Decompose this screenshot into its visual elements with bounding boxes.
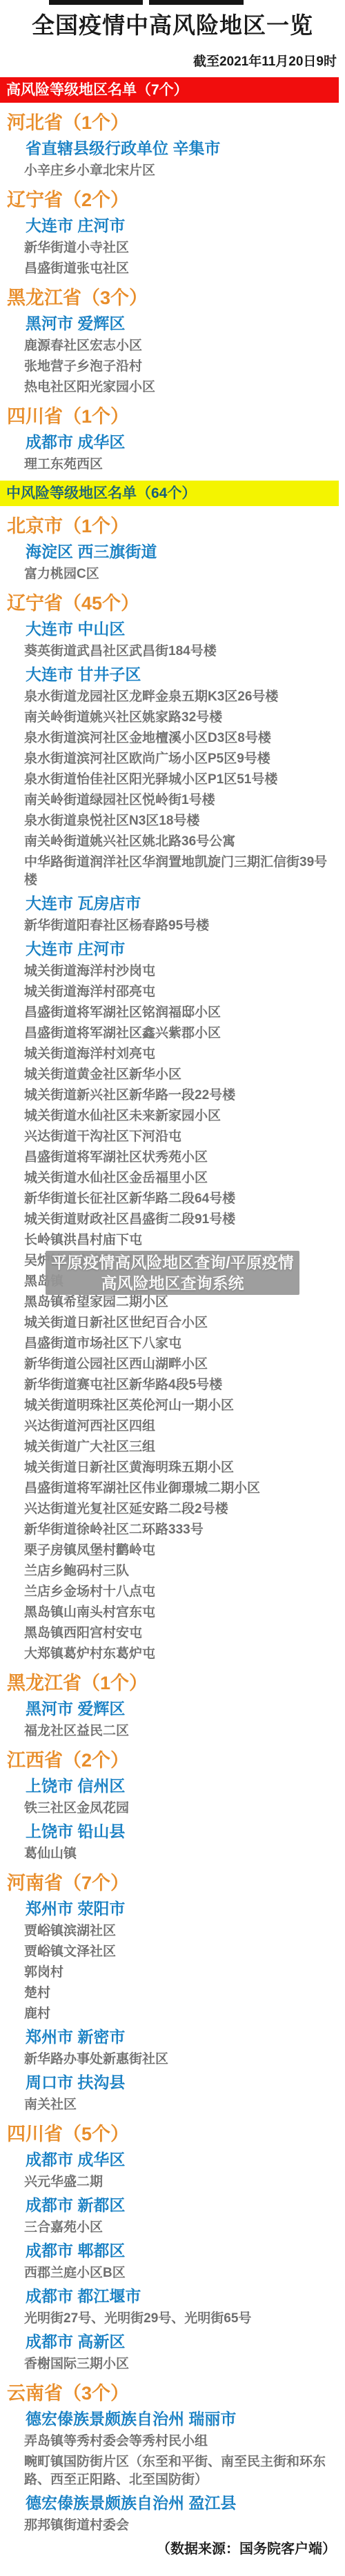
area-list-item: 黑岛镇山南头村宫东屯 [0, 1604, 345, 1622]
city-header: 成都市 新都区 [0, 2195, 345, 2216]
medium-risk-banner: 中风险等级地区名单（64个） [0, 481, 339, 506]
city-header: 周口市 扶沟县 [0, 2072, 345, 2093]
area-list-item: 那邦镇街道村委会 [0, 2517, 345, 2535]
city-header: 大连市 庄河市 [0, 938, 345, 960]
city-header: 德宏傣族景颇族自治州 盈江县 [0, 2493, 345, 2514]
city-header: 郑州市 新密市 [0, 2026, 345, 2048]
city-header: 上饶市 信州区 [0, 1775, 345, 1797]
area-list-item: 城关街道明珠社区英伦河山一期小区 [0, 1397, 345, 1415]
area-list-item: 西郡兰庭小区B区 [0, 2264, 345, 2282]
city-header: 成都市 成华区 [0, 2149, 345, 2171]
area-list-item: 贾峪镇滨湖社区 [0, 1922, 345, 1940]
area-list-item: 栗子房镇凤堡村鹳岭屯 [0, 1542, 345, 1560]
area-list-item: 兰店乡鲍码村三队 [0, 1562, 345, 1580]
area-list-item: 兴达街道光复社区延安路二段2号楼 [0, 1500, 345, 1518]
area-list-item: 城关街道财政社区昌盛街二段91号楼 [0, 1211, 345, 1229]
province-header: 北京市（1个） [0, 515, 345, 538]
area-list-item: 城关街道广大社区三组 [0, 1438, 345, 1456]
province-header: 四川省（1个） [0, 405, 345, 428]
area-list-item: 光明街27号、光明街29号、光明街65号 [0, 2310, 345, 2328]
area-list-item: 楚村 [0, 1984, 345, 2002]
city-header: 大连市 中山区 [0, 618, 345, 640]
area-list-item: 中华路街道润洋社区华润置地凯旋门三期汇信街39号楼 [0, 854, 345, 889]
city-header: 黑河市 爱辉区 [0, 1698, 345, 1720]
area-list-item: 兴达街道干沟社区下河沿屯 [0, 1128, 345, 1146]
city-header: 大连市 庄河市 [0, 215, 345, 237]
area-list-item: 昌盛街道将军湖社区状秀苑小区 [0, 1149, 345, 1167]
city-header: 成都市 成华区 [0, 432, 345, 453]
area-list-item: 新华路办事处新惠街社区 [0, 2051, 345, 2069]
top-crop-artifact-segment [49, 0, 143, 5]
area-list-item: 泉水街道滨河社区金地檀溪小区D3区8号楼 [0, 729, 345, 747]
area-list-item: 贾峪镇文泽社区 [0, 1943, 345, 1961]
watermark-overlay: 平原疫情高风险地区查询/平原疫情 高风险地区查询系统 [46, 1251, 299, 1295]
city-header: 成都市 都江堰市 [0, 2286, 345, 2307]
area-list-item: 新华街道阳春社区杨春路95号楼 [0, 917, 345, 935]
province-header: 辽宁省（2个） [0, 189, 345, 212]
watermark-text-line2: 高风险地区查询系统 [46, 1273, 299, 1294]
province-header: 四川省（5个） [0, 2123, 345, 2146]
province-header: 河北省（1个） [0, 112, 345, 134]
province-header: 黑龙江省（3个） [0, 287, 345, 310]
area-list-item: 大郑镇葛炉村东葛炉屯 [0, 1645, 345, 1663]
area-list-item: 城关街道新兴社区新华路一段22号楼 [0, 1087, 345, 1105]
area-list-item: 南关社区 [0, 2096, 345, 2114]
city-header: 大连市 甘井子区 [0, 664, 345, 685]
area-list-item: 黑岛镇西阳宫村安屯 [0, 1624, 345, 1642]
area-list-item: 城关街道日新社区黄海明珠五期小区 [0, 1459, 345, 1477]
province-header: 辽宁省（45个） [0, 592, 345, 615]
area-list-item: 长岭镇洪昌村庙下屯 [0, 1231, 345, 1249]
area-list-item: 昌盛街道市场社区下八家屯 [0, 1335, 345, 1353]
area-list-item: 昌盛街道将军湖社区鑫兴紫郡小区 [0, 1025, 345, 1043]
province-header: 云南省（3个） [0, 2382, 345, 2405]
area-list-item: 昌盛街道将军湖社区铭润福邸小区 [0, 1004, 345, 1022]
area-list-item: 新华街道徐岭社区二环路333号 [0, 1521, 345, 1539]
area-list-item: 城关街道海洋村沙岗屯 [0, 963, 345, 980]
city-header: 上饶市 铅山县 [0, 1821, 345, 1842]
area-list-item: 热电社区阳光家园小区 [0, 379, 345, 396]
area-list-item: 兰店乡金场村十八点屯 [0, 1583, 345, 1601]
city-header: 大连市 瓦房店市 [0, 893, 345, 914]
watermark-text-line1: 平原疫情高风险地区查询/平原疫情 [46, 1252, 299, 1273]
area-list-item: 三合嘉苑小区 [0, 2219, 345, 2237]
province-header: 黑龙江省（1个） [0, 1672, 345, 1695]
area-list-item: 城关街道日新社区世纪百合小区 [0, 1314, 345, 1332]
area-list-item: 城关街道水仙社区金岳福里小区 [0, 1169, 345, 1187]
area-list-item: 城关街道海洋村邵亮屯 [0, 983, 345, 1001]
area-list-item: 泉水街道滨河社区欧尚广场小区P5区9号楼 [0, 750, 345, 768]
area-list-item: 鹿村 [0, 2005, 345, 2023]
high-risk-banner: 高风险等级地区名单（7个） [0, 77, 339, 103]
city-header: 成都市 郫都区 [0, 2240, 345, 2262]
area-list-item: 新华街道小寺社区 [0, 239, 345, 257]
area-list-item: 城关街道黄金社区新华小区 [0, 1066, 345, 1084]
area-list-item: 弄岛镇等秀村委会等秀村民小组 [0, 2433, 345, 2451]
city-header: 郑州市 荥阳市 [0, 1898, 345, 1920]
data-source-attribution: （数据来源：国务院客户端） [0, 2540, 345, 2558]
area-list-item: 郭岗村 [0, 1964, 345, 1982]
top-crop-artifact-segment [149, 0, 244, 5]
city-header: 黑河市 爱辉区 [0, 313, 345, 334]
city-header: 海淀区 西三旗街道 [0, 541, 345, 563]
area-list-item: 畹町镇国防街片区（东至和平街、南至民主街和环东路、西至正阳路、北至国防街） [0, 2453, 345, 2489]
area-list-item: 昌盛街道张屯社区 [0, 260, 345, 278]
area-list-item: 理工东苑西区 [0, 456, 345, 474]
area-list-item: 富力桃园C区 [0, 565, 345, 583]
area-list-item: 兴元华盛二期 [0, 2173, 345, 2191]
area-list-item: 泉水街道泉悦社区N3区18号楼 [0, 812, 345, 830]
area-list-item: 城关街道水仙社区未来新家园小区 [0, 1107, 345, 1125]
area-list-item: 葛仙山镇 [0, 1845, 345, 1863]
area-list-item: 兴达街道河西社区四组 [0, 1418, 345, 1436]
area-list-item: 张地营子乡泡子沿村 [0, 358, 345, 376]
area-list-item: 葵英街道武昌社区武昌街184号楼 [0, 643, 345, 661]
city-header: 成都市 高新区 [0, 2331, 345, 2353]
area-list-item: 南关岭街道姚兴社区姚家路32号楼 [0, 709, 345, 727]
area-list-item: 香榭国际三期小区 [0, 2355, 345, 2373]
area-list-item: 福龙社区益民二区 [0, 1722, 345, 1740]
area-list-item: 泉水街道怡佳社区阳光驿城小区P1区51号楼 [0, 771, 345, 789]
area-list-item: 黑岛镇希望家园二期小区 [0, 1294, 345, 1311]
area-list-item: 鹿源春社区宏志小区 [0, 337, 345, 355]
province-header: 江西省（2个） [0, 1749, 345, 1772]
city-header: 省直辖县级行政单位 辛集市 [0, 138, 345, 159]
area-list-item: 新华街道长征社区新华路二段64号楼 [0, 1190, 345, 1208]
area-list-item: 南关岭街道绿园社区悦岭街1号楼 [0, 792, 345, 809]
area-list-item: 泉水街道龙园社区龙畔金泉五期K3区26号楼 [0, 688, 345, 706]
as-of-timestamp: 截至2021年11月20日9时 [0, 54, 345, 70]
area-list-item: 新华街道公园社区西山湖畔小区 [0, 1356, 345, 1373]
risk-area-list: 高风险等级地区名单（7个）河北省（1个）省直辖县级行政单位 辛集市小辛庄乡小章北… [0, 77, 345, 2535]
area-list-item: 铁三社区金凤花园 [0, 1800, 345, 1818]
area-list-item: 昌盛街道将军湖社区伟业御璟城二期小区 [0, 1480, 345, 1498]
province-header: 河南省（7个） [0, 1872, 345, 1895]
page-title: 全国疫情中高风险地区一览 [6, 11, 339, 40]
city-header: 德宏傣族景颇族自治州 瑞丽市 [0, 2408, 345, 2430]
area-list-item: 城关街道海洋村刘亮屯 [0, 1045, 345, 1063]
area-list-item: 南关岭街道姚兴社区姚北路36号公寓 [0, 833, 345, 851]
area-list-item: 新华街道赛屯社区新华路4段5号楼 [0, 1376, 345, 1394]
area-list-item: 小辛庄乡小章北宋片区 [0, 162, 345, 180]
